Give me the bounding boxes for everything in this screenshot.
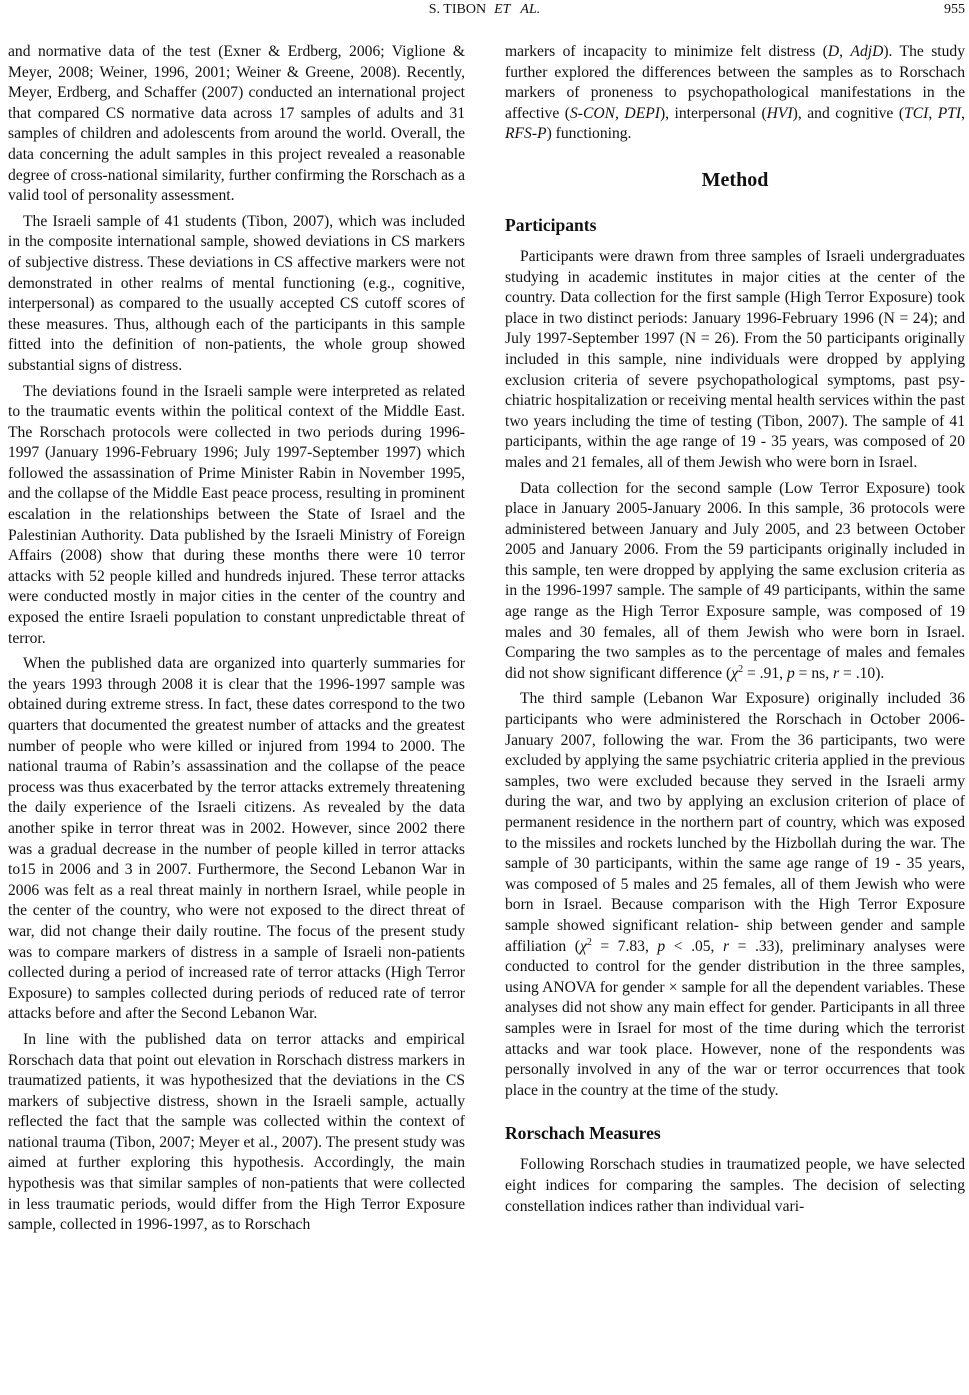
text-run: ), and cognitive ( bbox=[793, 105, 904, 122]
et-text: ET bbox=[494, 2, 510, 17]
right-column: markers of incapacity to minimize felt d… bbox=[505, 42, 965, 1222]
paragraph: The third sample (Lebanon War Exposure) … bbox=[505, 689, 965, 1101]
paragraph: Participants were drawn from three sampl… bbox=[505, 247, 965, 474]
intro-paragraph: markers of incapacity to minimize felt d… bbox=[505, 42, 965, 145]
al-text: AL. bbox=[520, 2, 540, 17]
subsection-title-rorschach-measures: Rorschach Measures bbox=[505, 1121, 965, 1145]
text-run: = .91, bbox=[743, 665, 787, 682]
variable-RFS-P: RFS-P bbox=[505, 125, 547, 142]
text-run: = ns, bbox=[795, 665, 833, 682]
text-run: , bbox=[961, 105, 965, 122]
text-run: = .33), preliminary analyses were conduc… bbox=[505, 938, 965, 1099]
paragraph: Following Rorschach studies in traumatiz… bbox=[505, 1155, 965, 1217]
paragraph: The deviations found in the Israeli samp… bbox=[8, 382, 465, 650]
paragraph: and normative data of the test (Exner & … bbox=[8, 42, 465, 207]
text-run: Data collection for the second sample (L… bbox=[505, 480, 965, 682]
left-column: and normative data of the test (Exner & … bbox=[8, 42, 465, 1241]
text-run: < .05, bbox=[665, 938, 723, 955]
running-head-authors: S. TIBONETAL. bbox=[0, 0, 969, 20]
variable-AdjD: AdjD bbox=[850, 43, 883, 60]
p-symbol: p bbox=[787, 665, 795, 682]
text-run: , bbox=[839, 43, 850, 60]
variable-SCON-DEPI: S-CON, DEPI bbox=[570, 105, 660, 122]
author-name: S. TIBON bbox=[429, 2, 486, 17]
chi-symbol: χ bbox=[580, 938, 587, 955]
text-run: The third sample (Lebanon War Exposure) … bbox=[505, 690, 965, 954]
variable-PTI: PTI bbox=[938, 105, 961, 122]
text-run: = 7.83, bbox=[592, 938, 658, 955]
text-run: ), interpersonal ( bbox=[660, 105, 767, 122]
page-number: 955 bbox=[944, 0, 965, 20]
paragraph: Data collection for the second sample (L… bbox=[505, 479, 965, 685]
paragraph: When the published data are organized in… bbox=[8, 654, 465, 1025]
variable-HVI: HVI bbox=[767, 105, 793, 122]
paragraph: The Israeli sample of 41 students (Tibon… bbox=[8, 212, 465, 377]
running-head: S. TIBONETAL. 955 bbox=[0, 0, 969, 22]
subsection-title-participants: Participants bbox=[505, 213, 965, 237]
text-run: , bbox=[928, 105, 937, 122]
variable-TCI: TCI bbox=[904, 105, 928, 122]
paragraph: In line with the published data on terro… bbox=[8, 1030, 465, 1236]
section-title-method: Method bbox=[505, 167, 965, 193]
variable-D: D bbox=[828, 43, 839, 60]
text-run: = .10). bbox=[839, 665, 884, 682]
text-run: markers of incapacity to minimize felt d… bbox=[505, 43, 828, 60]
text-run: ) functioning. bbox=[547, 125, 632, 142]
